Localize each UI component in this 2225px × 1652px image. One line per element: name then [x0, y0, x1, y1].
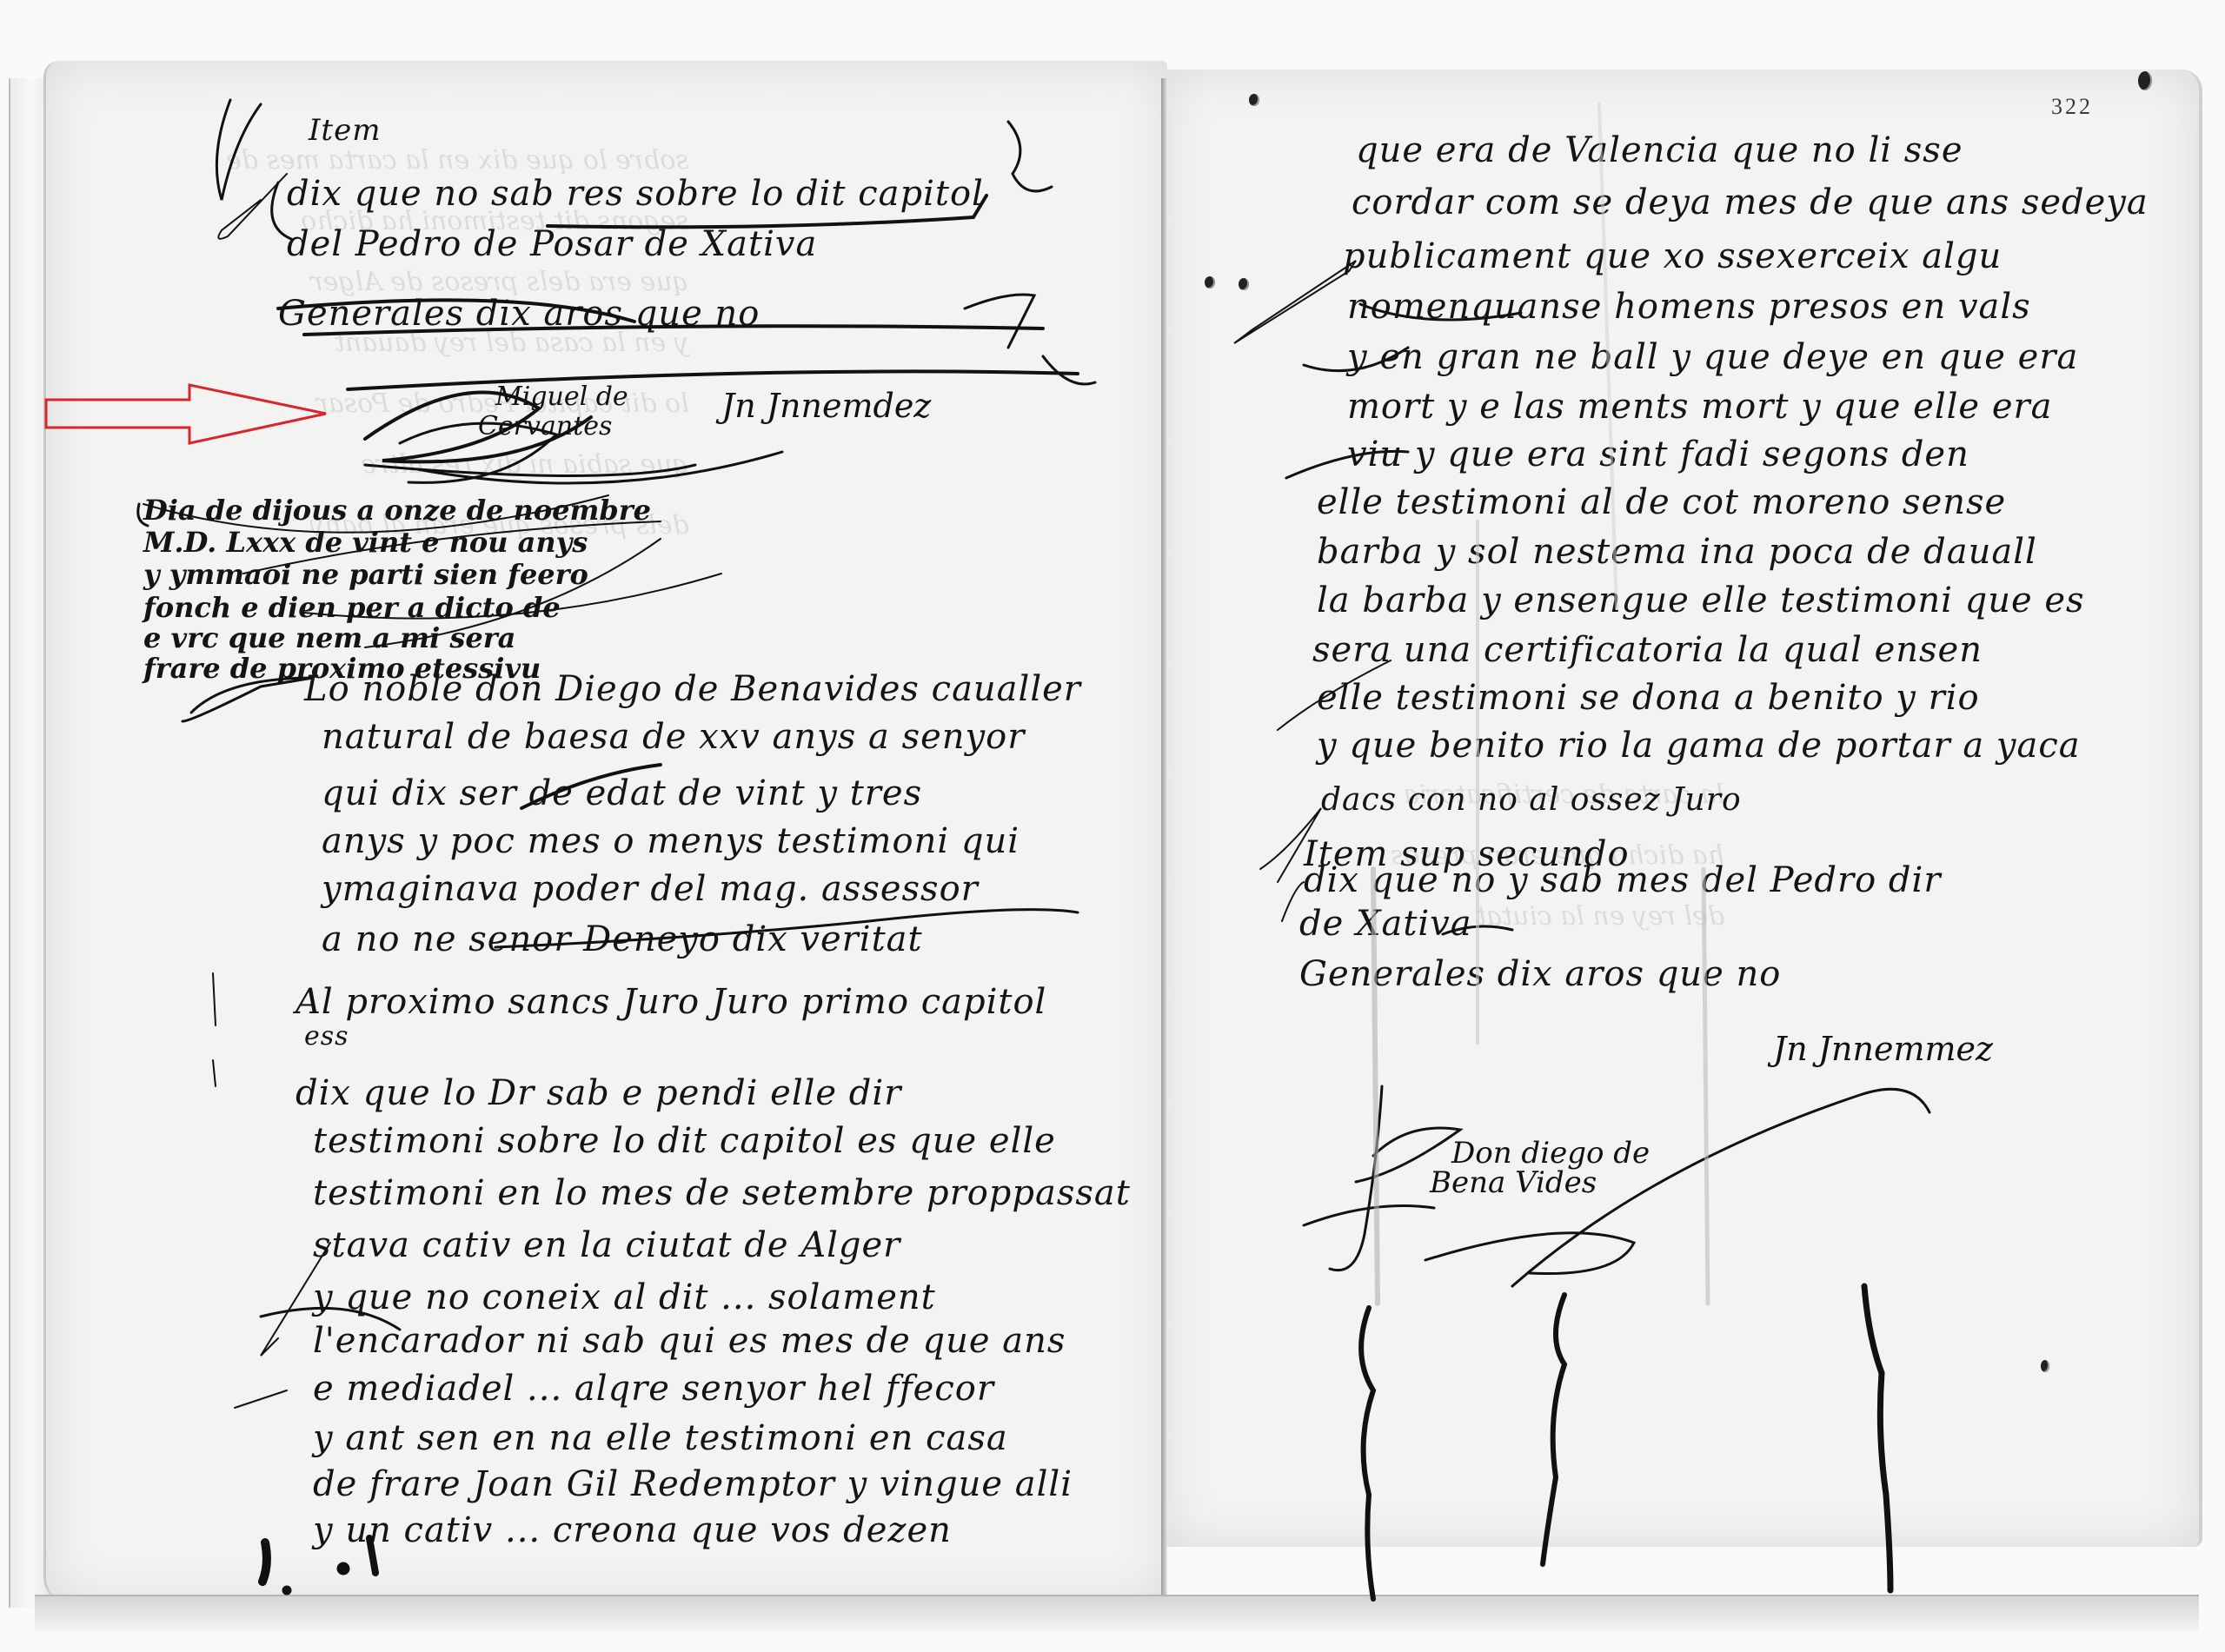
folio-number: 322 — [2051, 94, 2093, 120]
binding-hole — [1239, 278, 1249, 290]
text-line: dix que no sab res sobre lo dit capitol — [287, 174, 984, 214]
text-line: testimoni en lo mes de setembre proppass… — [313, 1173, 1131, 1213]
text-line: qui dix ser de edat de vint y tres — [322, 773, 922, 813]
text-line: la barba y ensengue elle testimoni que e… — [1317, 581, 2085, 620]
text-line: dix que lo Dr sab e pendi elle dir — [296, 1073, 901, 1113]
text-line: ymaginava poder del mag. assessor — [322, 869, 979, 909]
struck-text-line: fonch e dien per a dicto de — [143, 591, 561, 624]
struck-text-line: Dia de dijous a onze de noembre — [143, 494, 651, 527]
text-line: publicament que xo ssexerceix algu — [1343, 236, 2002, 276]
text-line: elle testimoni al de cot moreno sense — [1317, 482, 2006, 522]
text-line: sera una certificatoria la qual ensen — [1312, 630, 1983, 670]
text-line: Item — [309, 113, 381, 148]
signature-line: Bena Vides — [1430, 1168, 1650, 1198]
ink-blot — [2041, 1360, 2049, 1372]
text-line: de Xativa — [1299, 904, 1472, 944]
text-line: a no ne senor Deneyo dix veritat — [322, 919, 923, 959]
text-line: testimoni sobre lo dit capitol es que el… — [313, 1121, 1056, 1161]
signature-line: Don diego de — [1451, 1138, 1650, 1168]
signature-miguel-de-cervantes: Miguel de Cervantes — [495, 382, 628, 441]
text-line: dacs con no al ossez Juro — [1321, 782, 1742, 818]
text-line: y en gran ne ball y que deye en que era — [1347, 337, 2078, 377]
text-line: y que benito rio la gama de portar a yac… — [1317, 726, 2081, 766]
signature-line: Miguel de — [495, 382, 628, 412]
text-line: de frare Joan Gil Redemptor y vingue all… — [313, 1464, 1073, 1504]
text-line: del Pedro de Posar de Xativa — [287, 224, 817, 264]
struck-text-line: e vrc que nem a mi sera — [143, 621, 515, 654]
text-line: y ant sen en na elle testimoni en casa — [313, 1418, 1008, 1458]
text-line: Generales dix aros que no — [278, 294, 760, 334]
text-line: barba y sol nestema ina poca de dauall — [1317, 532, 2037, 572]
text-line: l'encarador ni sab qui es mes de que ans — [313, 1321, 1066, 1361]
text-line: natural de baesa de xxv anys a senyor — [322, 717, 1025, 757]
text-line: Lo noble don Diego de Benavides caualler — [304, 669, 1081, 709]
signature-don-diego-de-benavides: Don diego de Bena Vides — [1451, 1138, 1650, 1198]
book-gutter — [1161, 78, 1166, 1608]
text-line: stava cativ en la ciutat de Alger — [313, 1225, 900, 1265]
text-line: que era de Valencia que no li sse — [1356, 130, 1963, 170]
manuscript-scan: sobre lo que dix en la carta mes de sego… — [0, 0, 2225, 1652]
text-line: mort y e las ments mort y que elle era — [1347, 387, 2052, 427]
text-line: ess — [304, 1021, 349, 1052]
binding-hole — [2138, 71, 2152, 90]
text-line: dix que no y sab mes del Pedro dir — [1304, 860, 1941, 900]
signature-notary: Jn Jnnemdez — [721, 391, 931, 421]
text-line: e mediadel ... alqre senyor hel ffecor — [313, 1369, 994, 1409]
bottom-page-edge — [35, 1595, 2199, 1631]
text-line: viu y que era sint fadi segons den — [1347, 435, 1969, 474]
text-line: cordar com se deya mes de que ans sedeya — [1352, 182, 2149, 222]
struck-text-line: y ymmaoi ne parti sien feero — [143, 558, 588, 591]
signature-notary-right: Jn Jnnemmez — [1773, 1034, 1993, 1064]
text-line: elle testimoni se dona a benito y rio — [1317, 678, 1980, 718]
text-line: y que no coneix al dit ... solament — [313, 1277, 936, 1317]
binding-hole — [1249, 94, 1259, 106]
text-line: Generales dix aros que no — [1299, 954, 1781, 994]
binding-hole — [1205, 276, 1215, 289]
text-line: y un cativ ... creona que vos dezen — [313, 1510, 952, 1550]
text-line: Al proximo sancs Juro Juro primo capitol — [296, 982, 1046, 1022]
text-line: anys y poc mes o menys testimoni qui — [322, 821, 1020, 861]
signature-line: Cervantes — [478, 412, 628, 441]
red-arrow-annotation — [43, 382, 339, 452]
struck-text-line: M.D. Lxxx de vint e nou anys — [143, 526, 588, 559]
text-line: nomenquanse homens presos en vals — [1347, 287, 2031, 327]
